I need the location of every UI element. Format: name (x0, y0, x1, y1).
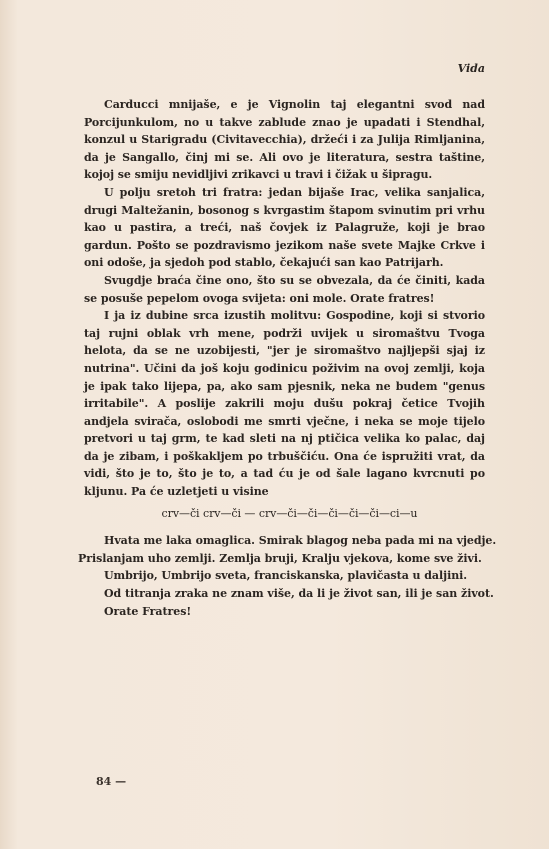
verse-line: Umbrijo, Umbrijo sveta, franciskanska, p… (84, 567, 485, 585)
paragraph: Carducci mnijaše, e je Vignolin taj eleg… (84, 96, 485, 184)
paragraph: Svugdje braća čine ono, što su se obveza… (84, 272, 485, 307)
running-head: Vida (458, 62, 485, 75)
verse-line: Orate Fratres! (84, 603, 485, 621)
paragraph: U polju sretoh tri fratra: jedan bijaše … (84, 184, 485, 272)
verse-line: Prislanjam uho zemlji. Zemlja bruji, Kra… (78, 550, 485, 568)
body-text: Carducci mnijaše, e je Vignolin taj eleg… (84, 96, 485, 620)
paragraph: I ja iz dubine srca izustih molitvu: Gos… (84, 307, 485, 501)
book-page: Vida Carducci mnijaše, e je Vignolin taj… (0, 0, 549, 849)
page-number: 84 — (96, 775, 126, 788)
verse-line: Hvata me laka omaglica. Smirak blagog ne… (84, 532, 485, 550)
chirp-line: crv—či crv—či — crv—či—či—či—či—či—ci—u (84, 505, 485, 523)
verse-line: Od titranja zraka ne znam više, da li je… (84, 585, 485, 603)
